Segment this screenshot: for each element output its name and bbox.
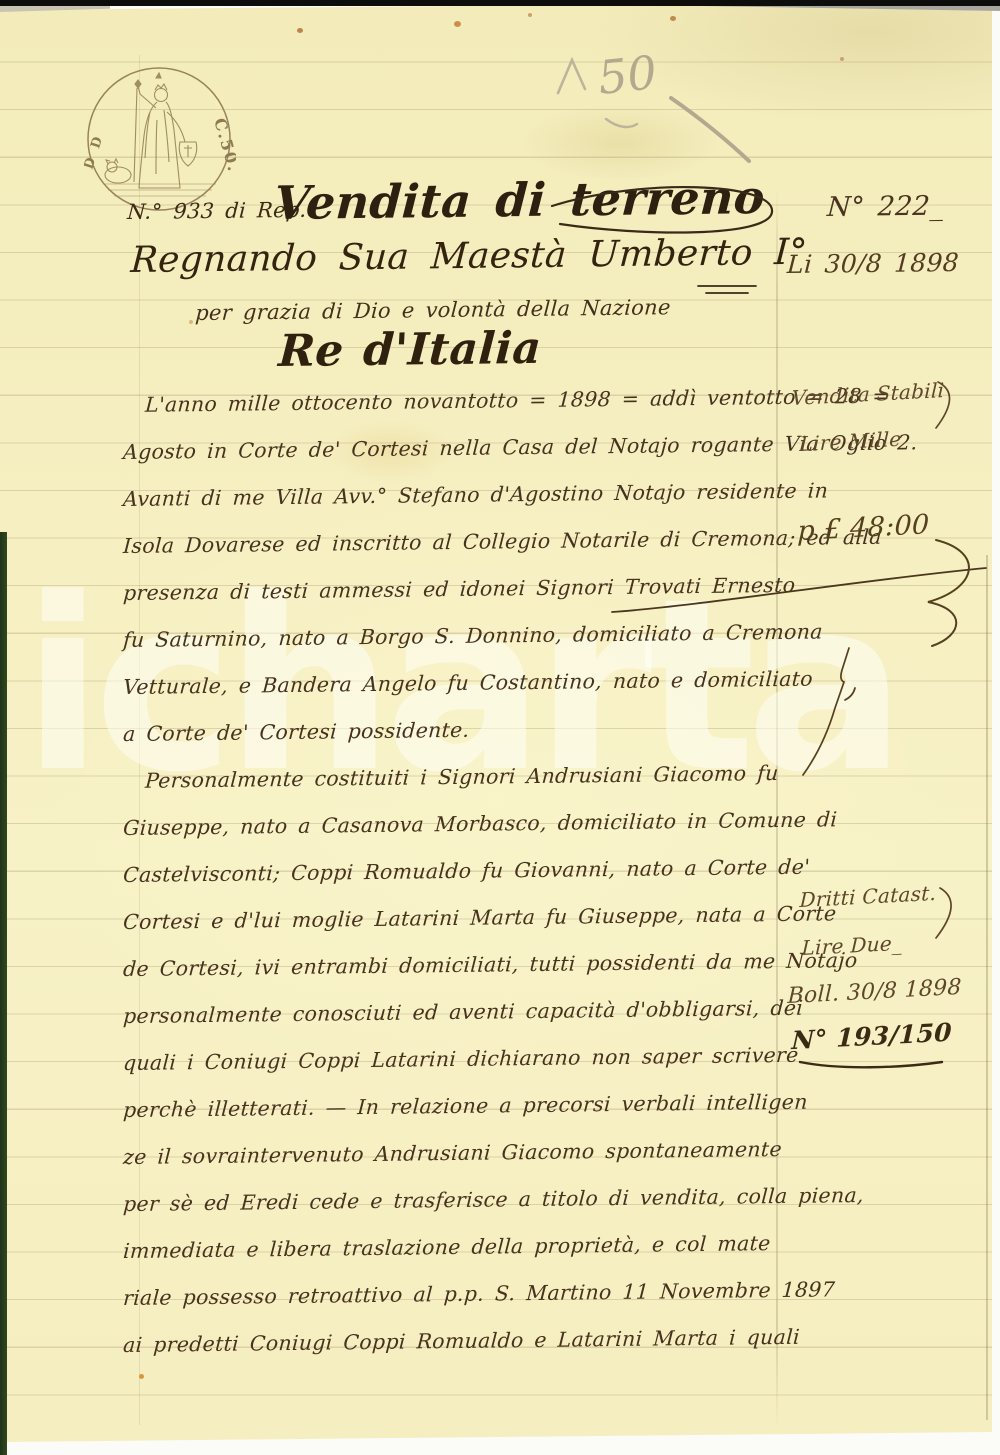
stamp-figure [104, 73, 216, 196]
regnando-line: Regnando Sua Maestà Umberto I° [130, 232, 809, 281]
foxing-spot [297, 28, 303, 33]
foxing-spot [670, 16, 676, 21]
scan-left-edge [0, 532, 7, 1455]
date-line: Li 30/8 1898 [786, 248, 960, 279]
pencil-annotation: 50 [595, 45, 659, 105]
document-title: Vendita di terreno [273, 170, 766, 230]
act-number: N° 222_ [826, 191, 945, 223]
stamp-denomination: C.50. [210, 116, 236, 175]
foxing-spot [454, 21, 461, 27]
foxing-spot [139, 1374, 144, 1379]
paper-right-edge-shadow [986, 555, 988, 1420]
scan-top-edge [0, 0, 1000, 6]
foxing-spot [189, 320, 193, 324]
scanned-document-page: { "stamp": { "denomination": "C.50.", "s… [0, 0, 1000, 1455]
foxing-spot [528, 13, 532, 17]
body-line: a Corte de' Cortesi possidente. [122, 715, 470, 749]
foxing-spot [840, 57, 844, 61]
king-line: Re d'Italia [277, 323, 543, 377]
